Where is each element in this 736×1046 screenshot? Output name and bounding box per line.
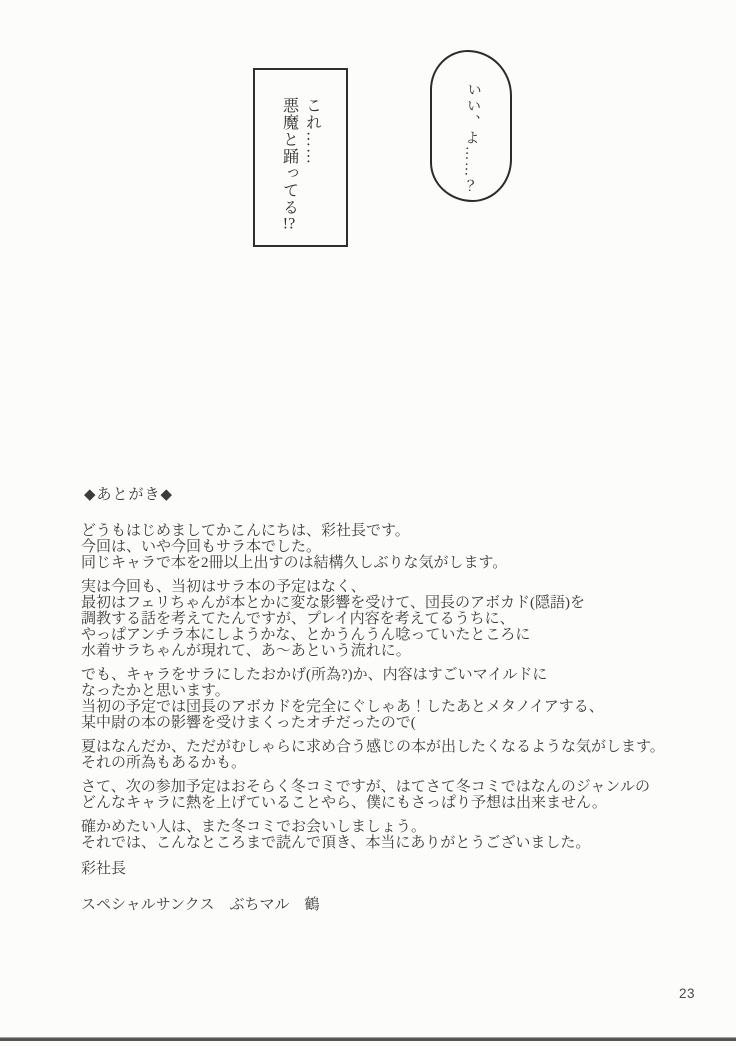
caption-line-1: これ…… bbox=[301, 97, 324, 245]
caption-line-2-text: 悪魔と踊ってる bbox=[281, 97, 298, 216]
afterword-heading: ◆あとがき◆ bbox=[84, 487, 691, 503]
afterword-line: 水着サラちゃんが現れて、あ〜あという流れに。 bbox=[81, 643, 691, 659]
afterword-line: 調教する話を考えてたんですが、プレイ内容を考えてるうちに、 bbox=[81, 611, 691, 627]
afterword-line: 確かめたい人は、また冬コミでお会いしましょう。 bbox=[81, 819, 691, 835]
afterword-line: さて、次の参加予定はおそらく冬コミですが、はてさて冬コミではなんのジャンルの bbox=[81, 779, 691, 795]
afterword-line: どうもはじめましてかこんにちは、彩社長です。 bbox=[81, 523, 691, 539]
caption-line-2: 悪魔と踊ってる!? bbox=[278, 97, 301, 245]
afterword-line: どんなキャラに熱を上げていることやら、僕にもさっぱり予想は出来ません。 bbox=[81, 795, 691, 811]
afterword-signature: 彩社長 bbox=[81, 861, 691, 877]
afterword-paragraph-3: でも、キャラをサラにしたおかげ(所為?)か、内容はすごいマイルドに なったかと思… bbox=[81, 667, 691, 731]
afterword-line: 今回は、いや今回もサラ本でした。 bbox=[81, 539, 691, 555]
signature-line: 彩社長 bbox=[81, 861, 691, 877]
caption-box: これ…… 悪魔と踊ってる!? bbox=[253, 68, 348, 247]
caption-line-2-suffix: !? bbox=[281, 216, 298, 232]
afterword-line: 最初はフェリちゃんが本とかに変な影響を受けて、団長のアボカド(隠語)を bbox=[81, 595, 691, 611]
afterword-line: でも、キャラをサラにしたおかげ(所為?)か、内容はすごいマイルドに bbox=[81, 667, 691, 683]
afterword-paragraph-4: 夏はなんだか、ただがむしゃらに求め合う感じの本が出したくなるような気がします。 … bbox=[81, 739, 691, 771]
afterword-line: 某中尉の本の影響を受けまくったオチだったので( bbox=[81, 715, 691, 731]
afterword-line: 同じキャラで本を2冊以上出すのは結構久しぶりな気がします。 bbox=[81, 555, 691, 571]
afterword-line: 実は今回も、当初はサラ本の予定はなく、 bbox=[81, 579, 691, 595]
afterword-line: 夏はなんだか、ただがむしゃらに求め合う感じの本が出したくなるような気がします。 bbox=[81, 739, 691, 755]
afterword-special-thanks: スペシャルサンクス ぶちマル 鶴 bbox=[81, 897, 691, 913]
afterword-line: やっぱアンチラ本にしようかな、とかうんうん唸っていたところに bbox=[81, 627, 691, 643]
afterword-line: 当初の予定では団長のアボカドを完全にぐしゃあ！したあとメタノイアする、 bbox=[81, 699, 691, 715]
speech-bubble: いい、よ……？ bbox=[430, 50, 512, 202]
scanned-page: これ…… 悪魔と踊ってる!? いい、よ……？ ◆あとがき◆ どうもはじめましてか… bbox=[0, 0, 736, 1046]
afterword-paragraph-1: どうもはじめましてかこんにちは、彩社長です。 今回は、いや今回もサラ本でした。 … bbox=[81, 523, 691, 571]
scan-edge-line bbox=[0, 1037, 736, 1041]
speech-bubble-text: いい、よ……？ bbox=[459, 82, 482, 201]
afterword-paragraph-5: さて、次の参加予定はおそらく冬コミですが、はてさて冬コミではなんのジャンルの ど… bbox=[81, 779, 691, 811]
afterword-line: それでは、こんなところまで読んで頂き、本当にありがとうございました。 bbox=[81, 835, 691, 851]
caption-vertical-text: これ…… 悪魔と踊ってる!? bbox=[278, 97, 324, 245]
afterword-line: それの所為もあるかも。 bbox=[81, 755, 691, 771]
afterword-line: なったかと思います。 bbox=[81, 683, 691, 699]
afterword-section: ◆あとがき◆ どうもはじめましてかこんにちは、彩社長です。 今回は、いや今回もサ… bbox=[81, 487, 691, 921]
afterword-paragraph-2: 実は今回も、当初はサラ本の予定はなく、 最初はフェリちゃんが本とかに変な影響を受… bbox=[81, 579, 691, 659]
afterword-paragraph-6: 確かめたい人は、また冬コミでお会いしましょう。 それでは、こんなところまで読んで… bbox=[81, 819, 691, 851]
page-number: 23 bbox=[679, 986, 695, 1001]
special-thanks-line: スペシャルサンクス ぶちマル 鶴 bbox=[81, 897, 691, 913]
